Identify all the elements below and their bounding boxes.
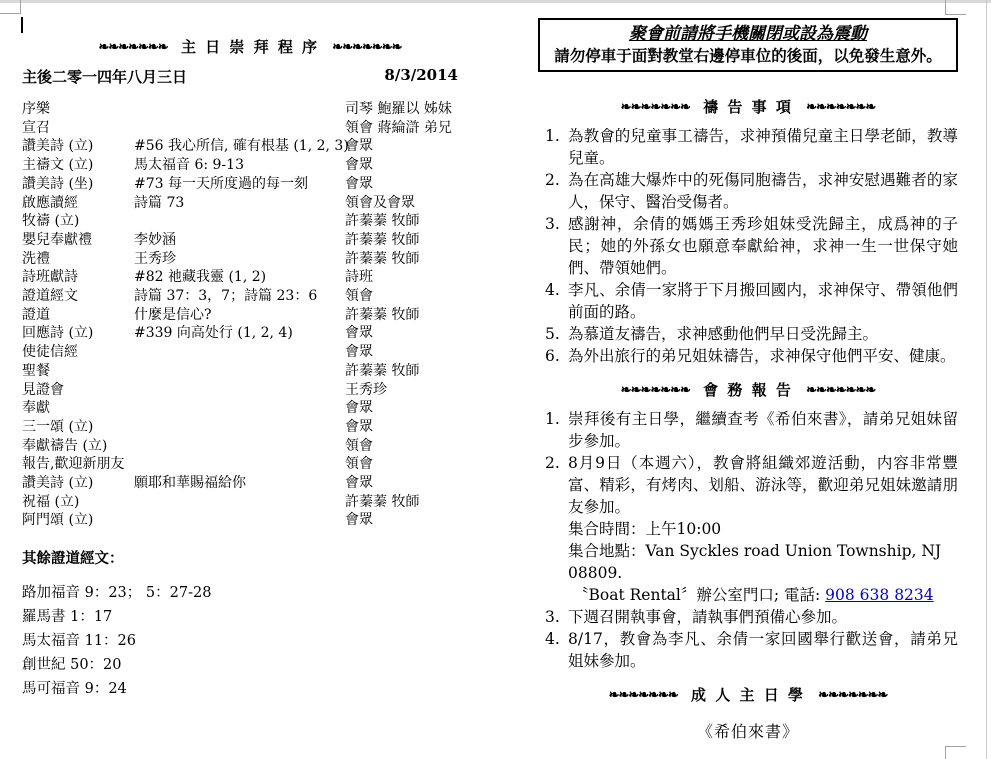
program-row: 讚美詩 (立)#56 我心所信, 確有根基 (1, 2, 3)會眾 xyxy=(22,137,478,156)
program-who: 領會 xyxy=(345,287,478,306)
program-item: 啟應讀經 xyxy=(22,194,134,213)
sunday-school-header: ❧❧❧❧❧❧❧ 成 人 主 日 學 ❧❧❧❧❧❧❧ xyxy=(538,684,958,705)
program-item: 使徒信經 xyxy=(22,343,134,362)
program-item: 回應詩 (立) xyxy=(22,324,134,343)
report-item-number: 4. xyxy=(545,628,568,672)
program-detail xyxy=(134,455,345,474)
announcements-column: 聚會前請將手機關閉或設為震動 請勿停車于面對教堂右邊停車位的後面，以免發生意外。… xyxy=(538,18,958,742)
program-detail: 願耶和華賜福給你 xyxy=(134,474,345,493)
report-item-row: 4.8/17，教會為李凡、余倩一家回國舉行歡送會，請弟兄姐妹參加。 xyxy=(538,628,958,672)
program-row: 阿門頌 (立)會眾 xyxy=(22,511,478,530)
program-detail: 李妙涵 xyxy=(134,231,345,250)
program-who: 會眾 xyxy=(345,418,478,437)
program-who: 會眾 xyxy=(345,156,478,175)
program-item: 祝福 (立) xyxy=(22,493,134,512)
report-item-text: 下週召開執事會，請執事們預備心參加。 xyxy=(568,606,958,628)
program-detail: #56 我心所信, 確有根基 (1, 2, 3) xyxy=(134,137,345,156)
text-boundary-mark-bottom-right xyxy=(945,746,966,759)
program-item: 報告,歡迎新朋友 xyxy=(22,455,134,474)
report-item-row: 3.下週召開執事會，請執事們預備心參加。 xyxy=(538,606,958,628)
report-item-text: 8/17，教會為李凡、余倩一家回國舉行歡送會，請弟兄姐妹參加。 xyxy=(568,628,958,672)
program-who: 許蓁蓁 牧師 xyxy=(345,362,478,381)
program-row: 聖餐許蓁蓁 牧師 xyxy=(22,362,478,381)
program-row: 序樂司琴 鮑羅以 姊妹 xyxy=(22,100,478,119)
date-row: 主後二零一四年八月三日 8/3/2014 xyxy=(22,66,478,87)
program-detail: 詩篇 37：3，7；詩篇 23：6 xyxy=(134,287,345,306)
notice-box: 聚會前請將手機關閉或設為震動 請勿停車于面對教堂右邊停車位的後面，以免發生意外。 xyxy=(538,18,958,72)
ornament-left: ❧❧❧❧❧❧❧ xyxy=(98,40,167,55)
program-row: 主禱文 (立)馬太福音 6: 9-13會眾 xyxy=(22,156,478,175)
program-detail: #73 每一天所度過的每一刻 xyxy=(134,175,345,194)
program-detail xyxy=(134,399,345,418)
program-row: 洗禮王秀珍許蓁蓁 牧師 xyxy=(22,250,478,269)
program-who: 許蓁蓁 牧師 xyxy=(345,212,478,231)
prayer-item-text: 為教會的兒童事工禱告，求神預備兒童主日學老師，教導兒童。 xyxy=(568,125,958,169)
program-detail: 馬太福音 6: 9-13 xyxy=(134,156,345,175)
program-item: 讚美詩 (坐) xyxy=(22,175,134,194)
bulletin-page: ❧❧❧❧❧❧❧ 主 日 崇 拜 程 序 ❧❧❧❧❧❧❧ 主後二零一四年八月三日 … xyxy=(0,0,991,759)
program-who: 許蓁蓁 牧師 xyxy=(345,493,478,512)
program-detail: 什麼是信心? xyxy=(134,306,345,325)
report-item-detail-line: 集合地點：Van Syckles road Union Township, NJ… xyxy=(568,540,958,584)
program-who: 會眾 xyxy=(345,399,478,418)
report-item-text: 崇拜後有主日學，繼續查考《希伯來書》，請弟兄姐妹留步參加。 xyxy=(568,408,958,452)
program-item: 阿門頌 (立) xyxy=(22,511,134,530)
prayer-item-row: 4.李凡、余倩一家將于下月搬回國内，求神保守、帶領他們前面的路。 xyxy=(538,279,958,323)
scripture-line: 創世紀 50：20 xyxy=(22,653,478,677)
program-who: 會眾 xyxy=(345,324,478,343)
program-row: 祝福 (立)許蓁蓁 牧師 xyxy=(22,493,478,512)
text-boundary-mark-top-left xyxy=(0,0,21,14)
program-who: 領會 蔣綸滸 弟兄 xyxy=(345,119,478,138)
program-row: 報告,歡迎新朋友領會 xyxy=(22,455,478,474)
program-who: 王秀珍 xyxy=(345,381,478,400)
program-row: 嬰兒奉獻禮李妙涵許蓁蓁 牧師 xyxy=(22,231,478,250)
report-item-text: 8月9日（本週六），教會將組織郊遊活動，内容非常豐富、精彩，有烤肉、划船、游泳等… xyxy=(568,452,958,606)
program-who: 許蓁蓁 牧師 xyxy=(345,250,478,269)
program-who: 許蓁蓁 牧師 xyxy=(345,306,478,325)
program-item: 詩班獻詩 xyxy=(22,268,134,287)
prayer-section-header: ❧❧❧❧❧❧❧ 禱 告 事 項 ❧❧❧❧❧❧❧ xyxy=(538,96,958,117)
program-row: 讚美詩 (立)願耶和華賜福給你會眾 xyxy=(22,474,478,493)
text-cursor xyxy=(21,17,23,33)
program-row: 宣召領會 蔣綸滸 弟兄 xyxy=(22,119,478,138)
prayer-item-text: 為慕道友禱告，求神感動他們早日受洗歸主。 xyxy=(568,323,958,345)
program-row: 讚美詩 (坐)#73 每一天所度過的每一刻會眾 xyxy=(22,175,478,194)
ornament-right: ❧❧❧❧❧❧❧ xyxy=(332,40,401,55)
program-row: 證道什麼是信心?許蓁蓁 牧師 xyxy=(22,306,478,325)
page-title: 主 日 崇 拜 程 序 xyxy=(181,38,319,56)
date-western: 8/3/2014 xyxy=(384,66,458,87)
program-who: 司琴 鮑羅以 姊妹 xyxy=(345,100,478,119)
program-detail xyxy=(134,493,345,512)
report-item-row: 1.崇拜後有主日學，繼續查考《希伯來書》，請弟兄姐妹留步參加。 xyxy=(538,408,958,452)
prayer-item-number: 3. xyxy=(545,213,568,279)
report-item-row: 2.8月9日（本週六），教會將組織郊遊活動，内容非常豐富、精彩，有烤肉、划船、游… xyxy=(538,452,958,606)
program-detail: 王秀珍 xyxy=(134,250,345,269)
prayer-item-row: 5.為慕道友禱告，求神感動他們早日受洗歸主。 xyxy=(538,323,958,345)
program-detail: #339 向高处行 (1, 2, 4) xyxy=(134,324,345,343)
program-item: 主禱文 (立) xyxy=(22,156,134,175)
program-detail xyxy=(134,381,345,400)
prayer-item-number: 5. xyxy=(545,323,568,345)
ornament-left: ❧❧❧❧❧❧❧ xyxy=(621,383,690,398)
ornament-left: ❧❧❧❧❧❧❧ xyxy=(621,100,690,115)
prayer-item-text: 為外出旅行的弟兄姐妹禱告，求神保守他們平安、健康。 xyxy=(568,345,958,367)
scripture-line: 馬可福音 9：24 xyxy=(22,677,478,701)
sunday-school-book: 《希伯來書》 xyxy=(538,719,958,742)
program-detail xyxy=(134,212,345,231)
prayer-item-row: 6.為外出旅行的弟兄姐妹禱告，求神保守他們平安、健康。 xyxy=(538,345,958,367)
report-item-detail-line: 〝Boat Rental〞辦公室門口; 電話: 908 638 8234 xyxy=(573,584,958,606)
prayer-items-list: 1.為教會的兒童事工禱告，求神預備兒童主日學老師，教導兒童。2.為在高雄大爆炸中… xyxy=(538,125,958,367)
program-row: 啟應讀經詩篇 73領會及會眾 xyxy=(22,194,478,213)
program-item: 讚美詩 (立) xyxy=(22,474,134,493)
notice-line2: 請勿停車于面對教堂右邊停車位的後面，以免發生意外。 xyxy=(542,45,954,66)
text-boundary-mark-top-right xyxy=(945,0,966,15)
program-row: 奉獻禱告 (立)領會 xyxy=(22,437,478,456)
report-item-number: 3. xyxy=(545,606,568,628)
program-row: 見證會王秀珍 xyxy=(22,381,478,400)
program-detail xyxy=(134,362,345,381)
prayer-item-number: 2. xyxy=(545,169,568,213)
ornament-right: ❧❧❧❧❧❧❧ xyxy=(818,688,887,703)
program-detail xyxy=(134,418,345,437)
prayer-item-number: 4. xyxy=(545,279,568,323)
worship-order-column: ❧❧❧❧❧❧❧ 主 日 崇 拜 程 序 ❧❧❧❧❧❧❧ 主後二零一四年八月三日 … xyxy=(22,36,478,701)
program-row: 詩班獻詩#82 祂藏我靈 (1, 2)詩班 xyxy=(22,268,478,287)
program-row: 回應詩 (立)#339 向高处行 (1, 2, 4)會眾 xyxy=(22,324,478,343)
program-detail: 詩篇 73 xyxy=(134,194,345,213)
scripture-line: 羅馬書 1：17 xyxy=(22,605,478,629)
program-who: 領會 xyxy=(345,437,478,456)
program-who: 詩班 xyxy=(345,268,478,287)
program-row: 使徒信經會眾 xyxy=(22,343,478,362)
prayer-item-number: 1. xyxy=(545,125,568,169)
prayer-item-text: 李凡、余倩一家將于下月搬回國内，求神保守、帶領他們前面的路。 xyxy=(568,279,958,323)
program-row: 奉獻會眾 xyxy=(22,399,478,418)
ornament-right: ❧❧❧❧❧❧❧ xyxy=(806,383,875,398)
page-right-edge xyxy=(986,0,987,759)
program-who: 會眾 xyxy=(345,343,478,362)
program-item: 奉獻 xyxy=(22,399,134,418)
scripture-line: 馬太福音 11：26 xyxy=(22,629,478,653)
program-item: 證道經文 xyxy=(22,287,134,306)
prayer-item-number: 6. xyxy=(545,345,568,367)
prayer-item-text: 為在高雄大爆炸中的死傷同胞禱告，求神安慰遇難者的家人，保守、醫治受傷者。 xyxy=(568,169,958,213)
sunday-school-title: 成 人 主 日 學 xyxy=(691,686,805,704)
program-detail: #82 祂藏我靈 (1, 2) xyxy=(134,268,345,287)
report-title: 會 務 報 告 xyxy=(703,381,793,399)
ornament-left: ❧❧❧❧❧❧❧ xyxy=(609,688,678,703)
report-item-number: 2. xyxy=(545,452,568,606)
program-detail xyxy=(134,119,345,138)
program-item: 嬰兒奉獻禮 xyxy=(22,231,134,250)
program-item: 宣召 xyxy=(22,119,134,138)
program-who: 會眾 xyxy=(345,511,478,530)
program-who: 領會及會眾 xyxy=(345,194,478,213)
report-item-detail-line: 集合時間：上午10:00 xyxy=(568,518,958,540)
report-item-number: 1. xyxy=(545,408,568,452)
program-item: 牧禱 (立) xyxy=(22,212,134,231)
prayer-item-row: 1.為教會的兒童事工禱告，求神預備兒童主日學老師，教導兒童。 xyxy=(538,125,958,169)
program-who: 領會 xyxy=(345,455,478,474)
program-row: 三一頌 (立)會眾 xyxy=(22,418,478,437)
page-title-row: ❧❧❧❧❧❧❧ 主 日 崇 拜 程 序 ❧❧❧❧❧❧❧ xyxy=(22,36,478,57)
program-item: 序樂 xyxy=(22,100,134,119)
program-detail xyxy=(134,511,345,530)
program-who: 會眾 xyxy=(345,137,478,156)
scripture-line: 路加福音 9：23； 5：27-28 xyxy=(22,581,478,605)
notice-line1: 聚會前請將手機關閉或設為震動 xyxy=(542,23,954,45)
other-scriptures-heading: 其餘證道經文： xyxy=(22,547,478,568)
program-row: 證道經文詩篇 37：3，7；詩篇 23：6領會 xyxy=(22,287,478,306)
ornament-right: ❧❧❧❧❧❧❧ xyxy=(806,100,875,115)
program-row: 牧禱 (立)許蓁蓁 牧師 xyxy=(22,212,478,231)
worship-program-table: 序樂司琴 鮑羅以 姊妹宣召領會 蔣綸滸 弟兄讚美詩 (立)#56 我心所信, 確… xyxy=(22,100,478,530)
date-chinese: 主後二零一四年八月三日 xyxy=(22,66,187,87)
program-item: 聖餐 xyxy=(22,362,134,381)
report-section-header: ❧❧❧❧❧❧❧ 會 務 報 告 ❧❧❧❧❧❧❧ xyxy=(538,379,958,400)
program-detail xyxy=(134,343,345,362)
page-top-edge xyxy=(0,0,991,3)
program-who: 會眾 xyxy=(345,175,478,194)
program-item: 見證會 xyxy=(22,381,134,400)
program-item: 證道 xyxy=(22,306,134,325)
program-item: 奉獻禱告 (立) xyxy=(22,437,134,456)
program-who: 許蓁蓁 牧師 xyxy=(345,231,478,250)
prayer-title: 禱 告 事 項 xyxy=(703,98,793,116)
program-item: 讚美詩 (立) xyxy=(22,137,134,156)
phone-link[interactable]: 908 638 8234 xyxy=(825,586,933,604)
prayer-item-text: 感謝神，余倩的媽媽王秀珍姐妹受洗歸主，成爲神的子民；她的外孫女也願意奉獻給神，求… xyxy=(568,213,958,279)
prayer-item-row: 3.感謝神，余倩的媽媽王秀珍姐妹受洗歸主，成爲神的子民；她的外孫女也願意奉獻給神… xyxy=(538,213,958,279)
program-who: 會眾 xyxy=(345,474,478,493)
program-detail xyxy=(134,100,345,119)
other-scriptures-list: 路加福音 9：23； 5：27-28羅馬書 1：17馬太福音 11：26創世紀 … xyxy=(22,581,478,701)
report-items-list: 1.崇拜後有主日學，繼續查考《希伯來書》，請弟兄姐妹留步參加。2.8月9日（本週… xyxy=(538,408,958,672)
program-item: 三一頌 (立) xyxy=(22,418,134,437)
program-detail xyxy=(134,437,345,456)
program-item: 洗禮 xyxy=(22,250,134,269)
prayer-item-row: 2.為在高雄大爆炸中的死傷同胞禱告，求神安慰遇難者的家人，保守、醫治受傷者。 xyxy=(538,169,958,213)
